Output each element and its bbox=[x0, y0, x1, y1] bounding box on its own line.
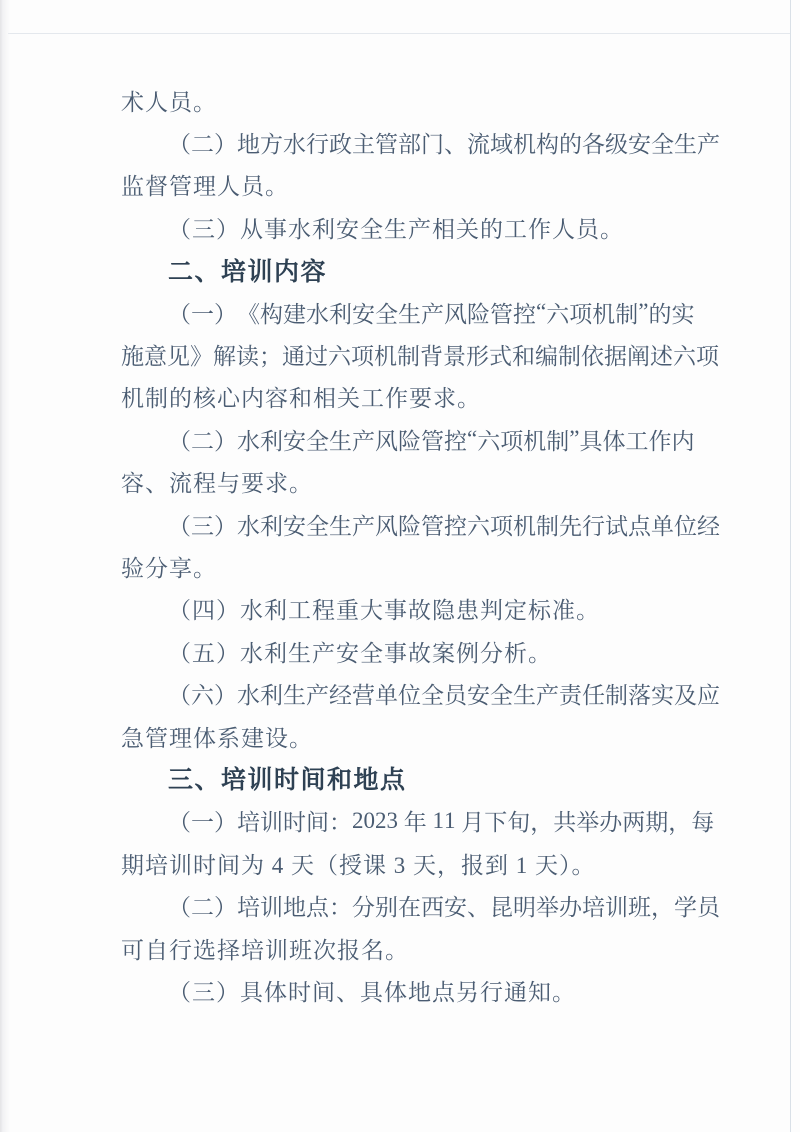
glyph: 落 bbox=[628, 677, 651, 710]
glyph: 和 bbox=[512, 338, 535, 371]
glyph: 全 bbox=[421, 677, 444, 710]
glyph: 经 bbox=[329, 677, 352, 710]
glyph: 全 bbox=[651, 126, 674, 159]
glyph: 过 bbox=[305, 338, 328, 371]
glyph: 0 bbox=[364, 808, 376, 834]
glyph: 全 bbox=[306, 423, 329, 456]
glyph: 主 bbox=[352, 126, 375, 159]
text-line: 急管理体系建设。 bbox=[121, 715, 687, 757]
glyph: 产 bbox=[536, 677, 559, 710]
glyph: 生 bbox=[329, 423, 352, 456]
text-line: 监督管理人员。 bbox=[121, 164, 687, 206]
glyph: 项 bbox=[490, 508, 513, 541]
glyph: 营 bbox=[352, 677, 375, 710]
glyph: 安 bbox=[444, 889, 467, 922]
glyph: 制 bbox=[536, 508, 559, 541]
glyph: 一 bbox=[191, 296, 214, 329]
text-line: （三）水利安全生产风险管控六项机制先行试点单位经 bbox=[121, 503, 687, 545]
glyph: 意 bbox=[144, 338, 167, 371]
text-line: 术人员。 bbox=[121, 79, 687, 121]
glyph: 控 bbox=[444, 423, 467, 456]
glyph: 门 bbox=[421, 126, 444, 159]
glyph: 训 bbox=[605, 889, 628, 922]
glyph: 构 bbox=[260, 296, 283, 329]
glyph: 利 bbox=[260, 508, 283, 541]
glyph: ） bbox=[214, 677, 237, 710]
glyph: 管 bbox=[490, 296, 513, 329]
glyph: ） bbox=[214, 126, 237, 159]
glyph: 二 bbox=[191, 423, 214, 456]
glyph: 2 bbox=[352, 808, 364, 834]
glyph: 利 bbox=[329, 296, 352, 329]
glyph: 三 bbox=[191, 508, 214, 541]
section-heading: 二、培训内容 bbox=[121, 249, 687, 291]
glyph: 水 bbox=[237, 423, 260, 456]
glyph: 试 bbox=[605, 508, 628, 541]
glyph: 举 bbox=[576, 804, 599, 837]
glyph: 见 bbox=[167, 338, 190, 371]
glyph: 据 bbox=[604, 338, 627, 371]
glyph: （ bbox=[168, 889, 191, 922]
text-line: （四）水利工程重大事故隐患判定标准。 bbox=[121, 588, 687, 630]
glyph: 六 bbox=[191, 677, 214, 710]
glyph: 管 bbox=[375, 126, 398, 159]
text-line: （五）水利生产安全事故案例分析。 bbox=[121, 630, 687, 672]
glyph: 险 bbox=[398, 508, 421, 541]
glyph: 分 bbox=[352, 889, 375, 922]
text-line: （一）《构建水利安全生产风险管控“六项机制”的实 bbox=[121, 291, 687, 333]
glyph: ” bbox=[569, 426, 579, 452]
glyph: 六 bbox=[546, 296, 569, 329]
glyph: 体 bbox=[602, 423, 625, 456]
glyph: 机 bbox=[592, 296, 615, 329]
glyph: 生 bbox=[283, 677, 306, 710]
glyph: 通 bbox=[282, 338, 305, 371]
glyph: “ bbox=[536, 299, 546, 325]
text-line: 验分享。 bbox=[121, 545, 687, 587]
glyph: 解 bbox=[213, 338, 236, 371]
glyph: 制 bbox=[546, 423, 569, 456]
glyph: 西 bbox=[421, 889, 444, 922]
glyph: 利 bbox=[260, 423, 283, 456]
glyph: 风 bbox=[375, 423, 398, 456]
glyph: 的 bbox=[559, 126, 582, 159]
glyph: 的 bbox=[648, 296, 671, 329]
glyph: 利 bbox=[260, 677, 283, 710]
glyph: 昆 bbox=[490, 889, 513, 922]
glyph: 《 bbox=[237, 296, 260, 329]
glyph: 六 bbox=[477, 423, 500, 456]
glyph: 水 bbox=[283, 126, 306, 159]
glyph: 全 bbox=[375, 296, 398, 329]
glyph: 3 bbox=[387, 808, 399, 834]
document-content: 术人员。（二）地方水行政主管部门、流域机构的各级安全生产监督管理人员。（三）从事… bbox=[121, 79, 687, 1012]
text-line: （二）水利安全生产风险管控“六项机制”具体工作内 bbox=[121, 418, 687, 460]
glyph: ） bbox=[214, 423, 237, 456]
glyph: 政 bbox=[329, 126, 352, 159]
text-line: （二）培训地点：分别在西安、昆明举办培训班，学员 bbox=[121, 884, 687, 926]
glyph: 生 bbox=[674, 126, 697, 159]
glyph: 安 bbox=[283, 423, 306, 456]
glyph: 产 bbox=[306, 677, 329, 710]
text-line: 期培训时间为 4 天（授课 3 天，报到 1 天）。 bbox=[121, 842, 687, 884]
glyph: 流 bbox=[467, 126, 490, 159]
glyph: 应 bbox=[697, 677, 720, 710]
glyph: 管 bbox=[421, 423, 444, 456]
glyph: 一 bbox=[191, 804, 214, 837]
glyph: 控 bbox=[444, 508, 467, 541]
glyph: 月 bbox=[461, 804, 484, 837]
glyph: 险 bbox=[398, 423, 421, 456]
glyph: 工 bbox=[625, 423, 648, 456]
glyph: 方 bbox=[260, 126, 283, 159]
glyph: 机 bbox=[513, 508, 536, 541]
glyph: 安 bbox=[628, 126, 651, 159]
glyph: 施 bbox=[121, 338, 144, 371]
glyph: 在 bbox=[398, 889, 421, 922]
glyph: “ bbox=[467, 426, 477, 452]
glyph: 产 bbox=[421, 296, 444, 329]
glyph: 员 bbox=[444, 677, 467, 710]
glyph: 下 bbox=[484, 804, 507, 837]
text-line: 施意见》解读；通过六项机制背景形式和编制依据阐述六项 bbox=[121, 333, 687, 375]
glyph: 点 bbox=[628, 508, 651, 541]
glyph: （ bbox=[168, 296, 191, 329]
glyph: 位 bbox=[674, 508, 697, 541]
glyph: 二 bbox=[191, 889, 214, 922]
glyph: 单 bbox=[651, 508, 674, 541]
glyph: 险 bbox=[467, 296, 490, 329]
glyph: 安 bbox=[283, 508, 306, 541]
glyph: 水 bbox=[237, 508, 260, 541]
glyph: ： bbox=[329, 804, 352, 837]
glyph: 项 bbox=[696, 338, 719, 371]
glyph: 1 bbox=[444, 808, 456, 834]
glyph: 1 bbox=[433, 808, 445, 834]
glyph: 办 bbox=[599, 804, 622, 837]
glyph: 水 bbox=[237, 677, 260, 710]
glyph: 点 bbox=[306, 889, 329, 922]
glyph: 、 bbox=[467, 889, 490, 922]
text-line: （二）地方水行政主管部门、流域机构的各级安全生产 bbox=[121, 121, 687, 163]
glyph: 机 bbox=[523, 423, 546, 456]
glyph: 生 bbox=[398, 296, 421, 329]
glyph: 单 bbox=[375, 677, 398, 710]
text-line: （六）水利生产经营单位全员安全生产责任制落实及应 bbox=[121, 672, 687, 714]
section-heading: 三、培训时间和地点 bbox=[121, 757, 687, 799]
glyph: （ bbox=[168, 508, 191, 541]
glyph: 水 bbox=[306, 296, 329, 329]
glyph: 具 bbox=[579, 423, 602, 456]
glyph: 每 bbox=[691, 804, 714, 837]
document-page: 术人员。（二）地方水行政主管部门、流域机构的各级安全生产监督管理人员。（三）从事… bbox=[0, 0, 800, 1132]
glyph: 员 bbox=[697, 889, 720, 922]
glyph: 述 bbox=[650, 338, 673, 371]
glyph: 景 bbox=[443, 338, 466, 371]
glyph: 两 bbox=[622, 804, 645, 837]
glyph: ， bbox=[651, 889, 674, 922]
glyph: 制 bbox=[558, 338, 581, 371]
glyph: 背 bbox=[420, 338, 443, 371]
scan-edge-top-line bbox=[8, 33, 790, 34]
glyph: ） bbox=[214, 508, 237, 541]
glyph: 六 bbox=[673, 338, 696, 371]
glyph: 控 bbox=[513, 296, 536, 329]
glyph: 2 bbox=[375, 808, 387, 834]
glyph: 全 bbox=[490, 677, 513, 710]
glyph: 级 bbox=[605, 126, 628, 159]
text-line: （一）培训时间：2023 年 11 月下旬，共举办两期，每 bbox=[121, 800, 687, 842]
glyph: 制 bbox=[615, 296, 638, 329]
glyph: 二 bbox=[191, 126, 214, 159]
glyph: 项 bbox=[500, 423, 523, 456]
glyph: 风 bbox=[375, 508, 398, 541]
glyph: 、 bbox=[444, 126, 467, 159]
scan-edge-right-line bbox=[790, 0, 791, 1132]
glyph: 机 bbox=[374, 338, 397, 371]
glyph: 部 bbox=[398, 126, 421, 159]
glyph: ： bbox=[329, 889, 352, 922]
glyph: 制 bbox=[605, 677, 628, 710]
glyph: 产 bbox=[697, 126, 720, 159]
text-line: 机制的核心内容和相关工作要求。 bbox=[121, 376, 687, 418]
glyph: 六 bbox=[467, 508, 490, 541]
glyph: 依 bbox=[581, 338, 604, 371]
glyph: 旬 bbox=[507, 804, 530, 837]
glyph: 阐 bbox=[627, 338, 650, 371]
glyph: 项 bbox=[569, 296, 592, 329]
glyph: 实 bbox=[671, 296, 694, 329]
glyph: 办 bbox=[559, 889, 582, 922]
glyph: 培 bbox=[237, 889, 260, 922]
glyph: 班 bbox=[628, 889, 651, 922]
glyph: 编 bbox=[535, 338, 558, 371]
text-line: 可自行选择培训班次报名。 bbox=[121, 927, 687, 969]
glyph: 先 bbox=[559, 508, 582, 541]
glyph: （ bbox=[168, 677, 191, 710]
glyph: 内 bbox=[671, 423, 694, 456]
glyph: 行 bbox=[306, 126, 329, 159]
glyph: （ bbox=[168, 423, 191, 456]
glyph: ， bbox=[668, 804, 691, 837]
scan-edge-left-shadow bbox=[0, 0, 10, 1132]
glyph: ） bbox=[214, 804, 237, 837]
glyph: 安 bbox=[467, 677, 490, 710]
glyph: 明 bbox=[513, 889, 536, 922]
glyph: 别 bbox=[375, 889, 398, 922]
glyph: 全 bbox=[306, 508, 329, 541]
glyph: ） bbox=[214, 889, 237, 922]
glyph: 位 bbox=[398, 677, 421, 710]
glyph: 安 bbox=[352, 296, 375, 329]
glyph: ； bbox=[259, 338, 282, 371]
glyph: 培 bbox=[582, 889, 605, 922]
glyph: 构 bbox=[536, 126, 559, 159]
glyph: 形 bbox=[466, 338, 489, 371]
glyph: 任 bbox=[582, 677, 605, 710]
glyph: 项 bbox=[351, 338, 374, 371]
glyph: 产 bbox=[352, 508, 375, 541]
glyph: 作 bbox=[648, 423, 671, 456]
glyph: 经 bbox=[697, 508, 720, 541]
glyph: 生 bbox=[513, 677, 536, 710]
glyph: 各 bbox=[582, 126, 605, 159]
glyph: 学 bbox=[674, 889, 697, 922]
glyph: 六 bbox=[328, 338, 351, 371]
glyph: 间 bbox=[306, 804, 329, 837]
text-line: （三）从事水利安全生产相关的工作人员。 bbox=[121, 206, 687, 248]
glyph: 地 bbox=[237, 126, 260, 159]
glyph: 行 bbox=[582, 508, 605, 541]
glyph: 举 bbox=[536, 889, 559, 922]
glyph: 地 bbox=[283, 889, 306, 922]
glyph: ， bbox=[530, 804, 553, 837]
glyph: 管 bbox=[421, 508, 444, 541]
glyph: 式 bbox=[489, 338, 512, 371]
glyph: 责 bbox=[559, 677, 582, 710]
glyph: 共 bbox=[553, 804, 576, 837]
glyph: 建 bbox=[283, 296, 306, 329]
glyph: 培 bbox=[237, 804, 260, 837]
glyph: 风 bbox=[444, 296, 467, 329]
text-line: 容、流程与要求。 bbox=[121, 461, 687, 503]
glyph: ” bbox=[638, 299, 648, 325]
glyph: 域 bbox=[490, 126, 513, 159]
glyph: 实 bbox=[651, 677, 674, 710]
glyph: 制 bbox=[397, 338, 420, 371]
glyph: 训 bbox=[260, 889, 283, 922]
glyph: 期 bbox=[645, 804, 668, 837]
glyph: 》 bbox=[190, 338, 213, 371]
text-line: （三）具体时间、具体地点另行通知。 bbox=[121, 969, 687, 1011]
glyph: （ bbox=[168, 126, 191, 159]
glyph: 年 bbox=[404, 804, 427, 837]
glyph: 生 bbox=[329, 508, 352, 541]
glyph: 时 bbox=[283, 804, 306, 837]
glyph: 产 bbox=[352, 423, 375, 456]
glyph: ） bbox=[214, 296, 237, 329]
glyph: 训 bbox=[260, 804, 283, 837]
glyph: （ bbox=[168, 804, 191, 837]
glyph: 机 bbox=[513, 126, 536, 159]
glyph: 读 bbox=[236, 338, 259, 371]
glyph: 及 bbox=[674, 677, 697, 710]
